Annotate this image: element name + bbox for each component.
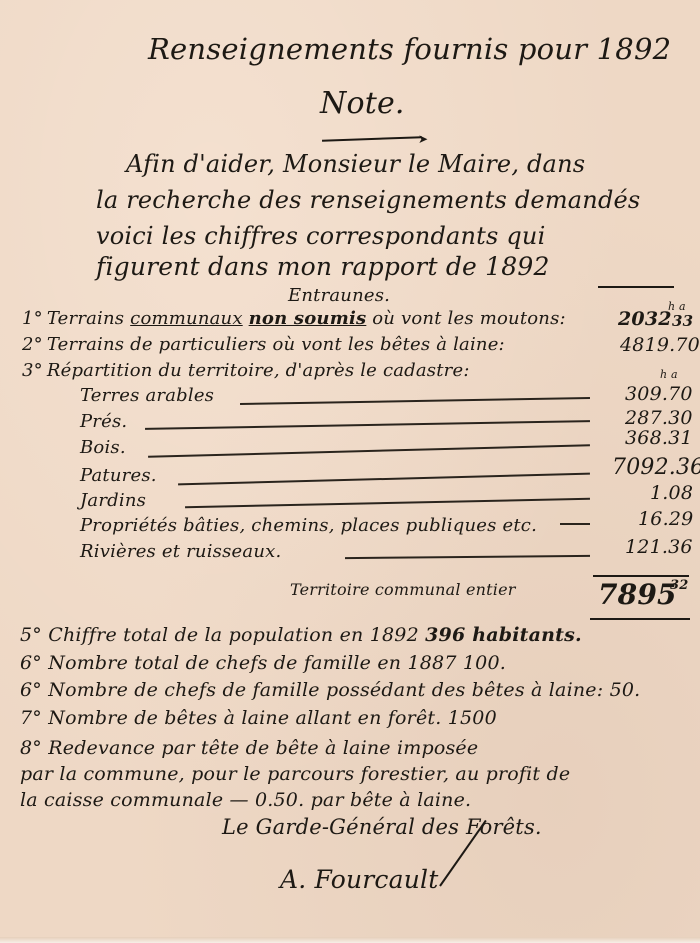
item-number: 3°: [22, 360, 43, 381]
item-number: 2°: [22, 334, 43, 355]
section-heading: Entraunes.: [288, 285, 390, 306]
item-8-line: la caisse communale — 0.50. par bête à l…: [20, 789, 471, 811]
note-heading: Note.: [320, 86, 405, 121]
stat-line: 6° Nombre de chefs de famille possédant …: [20, 679, 640, 701]
subitem-value: 1.08: [650, 482, 693, 504]
item-1-value: 2032: [618, 308, 672, 330]
item-1-decimal: 33: [672, 312, 693, 330]
subitem-label: Terres arables: [80, 385, 214, 406]
subitem-label: Bois.: [80, 437, 126, 458]
item-2: 2°Terrains de particuliers où vont les b…: [22, 334, 505, 355]
subitem-label: Prés.: [80, 411, 127, 432]
subitem-value: 121.36: [625, 536, 693, 558]
subitem-value: 368.31: [625, 427, 693, 449]
document-title: Renseignements fournis pour 1892: [148, 32, 671, 66]
stat-line: 6° Nombre total de chefs de famille en 1…: [20, 652, 506, 674]
signature-role: Le Garde-Général des Forêts.: [222, 815, 542, 839]
year-underline: [598, 286, 674, 288]
signature-name: A. Fourcault: [280, 865, 438, 894]
intro-line: voici les chiffres correspondants qui: [96, 222, 545, 250]
subitem-label: Rivières et ruisseaux.: [80, 541, 281, 562]
subitem-label: Patures.: [80, 465, 157, 486]
subitem-value: 7092.36: [612, 455, 700, 480]
total-rule-top: [593, 575, 689, 577]
item-1: 1°Terrains communaux non soumis où vont …: [22, 308, 566, 329]
subitem-value: 287.30: [625, 407, 693, 429]
item-2-value: 4819.70: [620, 334, 700, 356]
intro-line: figurent dans mon rapport de 1892: [96, 252, 550, 281]
stat-line: 5° Chiffre total de la population en 189…: [20, 624, 582, 646]
leader-line: [560, 523, 590, 525]
total-value: 7895: [598, 578, 677, 611]
arrow-head-icon: ➤: [418, 132, 428, 146]
item-3-unit: h a: [660, 368, 678, 381]
item-8-line: 8° Redevance par tête de bête à laine im…: [20, 737, 478, 759]
intro-line: la recherche des renseignements demandés: [96, 186, 640, 214]
total-decimal: 32: [670, 578, 689, 593]
total-rule-bottom: [590, 618, 690, 620]
item-number: 1°: [22, 308, 43, 329]
subitem-value: 16.29: [638, 508, 693, 530]
paper-edge: [0, 937, 700, 943]
total-label: Territoire communal entier: [290, 580, 516, 599]
stat-line: 7° Nombre de bêtes à laine allant en for…: [20, 707, 497, 729]
subitem-label: Propriétés bâties, chemins, places publi…: [80, 515, 537, 536]
subitem-label: Jardins: [80, 490, 146, 511]
intro-line: Afin d'aider, Monsieur le Maire, dans: [126, 150, 585, 178]
subitem-value: 309.70: [625, 383, 693, 405]
item-8-line: par la commune, pour le parcours foresti…: [20, 763, 570, 785]
item-3: 3°Répartition du territoire, d'après le …: [22, 360, 470, 381]
